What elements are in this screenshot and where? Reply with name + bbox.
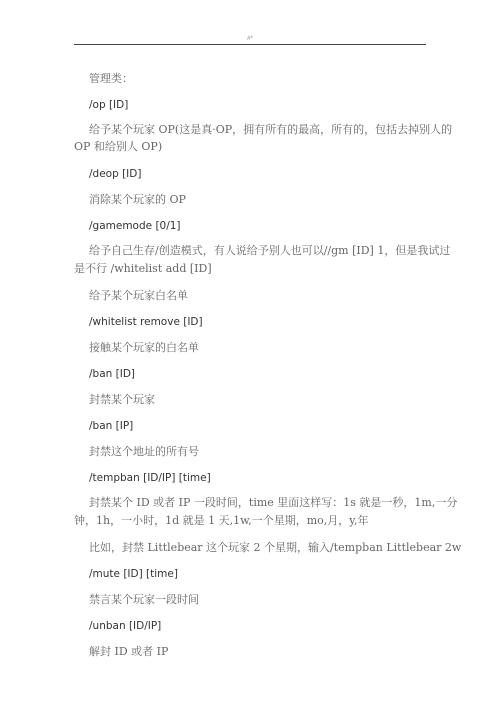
header-divider (74, 44, 426, 45)
desc-deop: 消除某个玩家的 OP (74, 193, 445, 207)
page-header-mark: #* (0, 36, 500, 42)
desc-op: 给予某个玩家 OP(这是真·OP，拥有所有的最高，所有的，包括去掉别人的 (74, 123, 445, 137)
section-title: 管理类： (74, 72, 445, 86)
desc-gamemode: 给予自己生存/创造模式，有人说给予别人也可以//gm [ID] 1，但是我试过 (74, 244, 445, 258)
command-tempban: /tempban [ID/IP] [time] (74, 471, 445, 485)
desc-unban: 解封 ID 或者 IP (74, 645, 445, 659)
desc-tempban: 封禁某个 ID 或者 IP 一段时间，time 里面这样写：1s 就是一秒，1m… (74, 496, 445, 510)
desc-ban-ip: 封禁这个地址的所有号 (74, 445, 445, 459)
example-tempban: 比如，封禁 Littlebear 这个玩家 2 个星期，输入/tempban L… (74, 541, 445, 555)
desc-whitelist-add: 给予某个玩家白名单 (74, 289, 445, 303)
command-op: /op [ID] (74, 98, 445, 112)
desc-ban-id: 封禁某个玩家 (74, 393, 445, 407)
command-mute: /mute [ID] [time] (74, 567, 445, 581)
command-ban-id: /ban [ID] (74, 367, 445, 381)
desc-mute: 禁言某个玩家一段时间 (74, 593, 445, 607)
command-gamemode: /gamemode [0/1] (74, 219, 445, 233)
desc-whitelist-remove: 接触某个玩家的白名单 (74, 341, 445, 355)
desc-op-cont: OP 和给别人 OP) (74, 140, 430, 154)
desc-gamemode-cont: 是不行 /whitelist add [ID] (74, 262, 430, 276)
command-whitelist-remove: /whitelist remove [ID] (74, 315, 445, 329)
command-deop: /deop [ID] (74, 167, 445, 181)
command-ban-ip: /ban [IP] (74, 419, 445, 433)
desc-tempban-cont: 钟，1h，一小时，1d 就是 1 天,1w,一个星期，mo,月，y,年 (74, 514, 430, 528)
command-unban: /unban [ID/IP] (74, 619, 445, 633)
